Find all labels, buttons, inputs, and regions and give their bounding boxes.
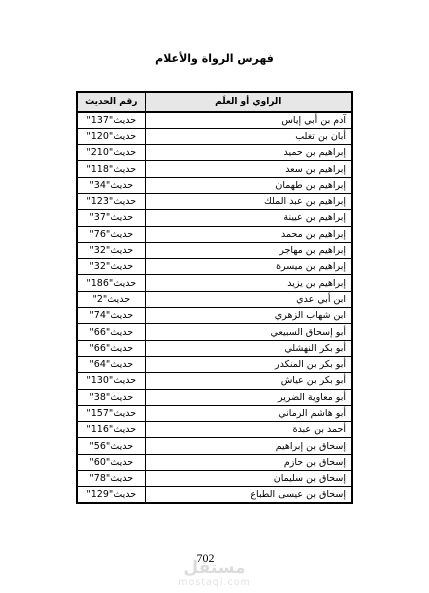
narrator-cell: إسحاق بن عيسى الطباع xyxy=(145,487,352,503)
hadith-number-cell: حديث"64" xyxy=(77,356,145,372)
narrator-cell: إبراهيم بن محمد xyxy=(145,226,352,242)
hadith-number-cell: حديث"37" xyxy=(77,210,145,226)
watermark: مستقل mostaql.com xyxy=(0,560,429,588)
header-narrator: الراوي أو العلَم xyxy=(145,92,352,112)
narrator-cell: ابن شهاب الزهري xyxy=(145,308,352,324)
hadith-number-cell: حديث"74" xyxy=(77,308,145,324)
hadith-number-cell: حديث"34" xyxy=(77,177,145,193)
table-row: إبراهيم بن عيينةحديث"37" xyxy=(77,210,352,226)
table-body: آدم بن أبي إياسحديث"137"أبان بن تغلبحديث… xyxy=(77,112,352,503)
hadith-number-cell: حديث"66" xyxy=(77,340,145,356)
narrator-cell: إبراهيم بن عيينة xyxy=(145,210,352,226)
narrator-cell: أحمد بن عبدة xyxy=(145,422,352,438)
narrator-cell: إسحاق بن حازم xyxy=(145,454,352,470)
header-hadith-number: رقم الحديث xyxy=(77,92,145,112)
table-row: ابن أبي عديحديث"2" xyxy=(77,291,352,307)
document-page: { "page": { "title": "فهرس الرواة والأعل… xyxy=(0,0,429,593)
narrator-cell: إبراهيم بن مهاجر xyxy=(145,242,352,258)
narrator-cell: أبو معاوية الضرير xyxy=(145,389,352,405)
table-row: أبو بكر النهشليحديث"66" xyxy=(77,340,352,356)
narrator-cell: إبراهيم بن ميسرة xyxy=(145,259,352,275)
narrator-cell: أبو إسحاق السبيعي xyxy=(145,324,352,340)
hadith-number-cell: حديث"120" xyxy=(77,128,145,144)
table-row: إسحاق بن سليمانحديث"78" xyxy=(77,471,352,487)
hadith-number-cell: حديث"32" xyxy=(77,242,145,258)
table-row: إبراهيم بن يزيدحديث"186" xyxy=(77,275,352,291)
table-row: إبراهيم بن سعدحديث"118" xyxy=(77,161,352,177)
hadith-number-cell: حديث"129" xyxy=(77,487,145,503)
table-row: أبو معاوية الضريرحديث"38" xyxy=(77,389,352,405)
hadith-number-cell: حديث"66" xyxy=(77,324,145,340)
narrator-cell: إبراهيم بن سعد xyxy=(145,161,352,177)
hadith-number-cell: حديث"78" xyxy=(77,471,145,487)
table-row: آدم بن أبي إياسحديث"137" xyxy=(77,112,352,128)
table-row: إبراهيم بن طهمانحديث"34" xyxy=(77,177,352,193)
narrator-cell: أبو بكر النهشلي xyxy=(145,340,352,356)
table-row: إبراهيم بن ميسرةحديث"32" xyxy=(77,259,352,275)
hadith-number-cell: حديث"157" xyxy=(77,405,145,421)
watermark-logo-text: مستقل xyxy=(0,560,429,577)
hadith-number-cell: حديث"137" xyxy=(77,112,145,128)
table-row: ابن شهاب الزهريحديث"74" xyxy=(77,308,352,324)
hadith-number-cell: حديث"123" xyxy=(77,193,145,209)
table-row: أحمد بن عبدةحديث"116" xyxy=(77,422,352,438)
table-row: إبراهيم بن عبد الملكحديث"123" xyxy=(77,193,352,209)
narrator-cell: إسحاق بن إبراهيم xyxy=(145,438,352,454)
table-row: إسحاق بن إبراهيمحديث"56" xyxy=(77,438,352,454)
hadith-number-cell: حديث"130" xyxy=(77,373,145,389)
table-row: إسحاق بن عيسى الطباعحديث"129" xyxy=(77,487,352,503)
hadith-number-cell: حديث"38" xyxy=(77,389,145,405)
hadith-number-cell: حديث"56" xyxy=(77,438,145,454)
narrator-cell: ابن أبي عدي xyxy=(145,291,352,307)
narrator-cell: إبراهيم بن حميد xyxy=(145,145,352,161)
narrator-cell: إبراهيم بن عبد الملك xyxy=(145,193,352,209)
narrator-cell: أبان بن تغلب xyxy=(145,128,352,144)
table-row: أبان بن تغلبحديث"120" xyxy=(77,128,352,144)
table-row: أبو بكر بن عياشحديث"130" xyxy=(77,373,352,389)
watermark-domain: mostaql.com xyxy=(0,578,429,588)
narrator-cell: آدم بن أبي إياس xyxy=(145,112,352,128)
hadith-number-cell: حديث"32" xyxy=(77,259,145,275)
table-row: إسحاق بن حازمحديث"60" xyxy=(77,454,352,470)
table-row: إبراهيم بن مهاجرحديث"32" xyxy=(77,242,352,258)
narrators-index-table: الراوي أو العلَم رقم الحديث آدم بن أبي إ… xyxy=(76,91,353,504)
table-header: الراوي أو العلَم رقم الحديث xyxy=(77,92,352,112)
hadith-number-cell: حديث"76" xyxy=(77,226,145,242)
table-row: أبو هاشم الرمانيحديث"157" xyxy=(77,405,352,421)
narrator-cell: إسحاق بن سليمان xyxy=(145,471,352,487)
narrator-cell: إبراهيم بن يزيد xyxy=(145,275,352,291)
hadith-number-cell: حديث"2" xyxy=(77,291,145,307)
hadith-number-cell: حديث"186" xyxy=(77,275,145,291)
narrator-cell: أبو هاشم الرماني xyxy=(145,405,352,421)
narrator-cell: أبو بكر بن عياش xyxy=(145,373,352,389)
hadith-number-cell: حديث"116" xyxy=(77,422,145,438)
table-row: إبراهيم بن محمدحديث"76" xyxy=(77,226,352,242)
hadith-number-cell: حديث"118" xyxy=(77,161,145,177)
table-row: أبو إسحاق السبيعيحديث"66" xyxy=(77,324,352,340)
table-row: إبراهيم بن حميدحديث"210" xyxy=(77,145,352,161)
hadith-number-cell: حديث"210" xyxy=(77,145,145,161)
narrator-cell: إبراهيم بن طهمان xyxy=(145,177,352,193)
table-row: أبو بكر بن المنكدرحديث"64" xyxy=(77,356,352,372)
page-title: فهرس الرواة والأعلام xyxy=(0,0,429,65)
hadith-number-cell: حديث"60" xyxy=(77,454,145,470)
narrator-cell: أبو بكر بن المنكدر xyxy=(145,356,352,372)
